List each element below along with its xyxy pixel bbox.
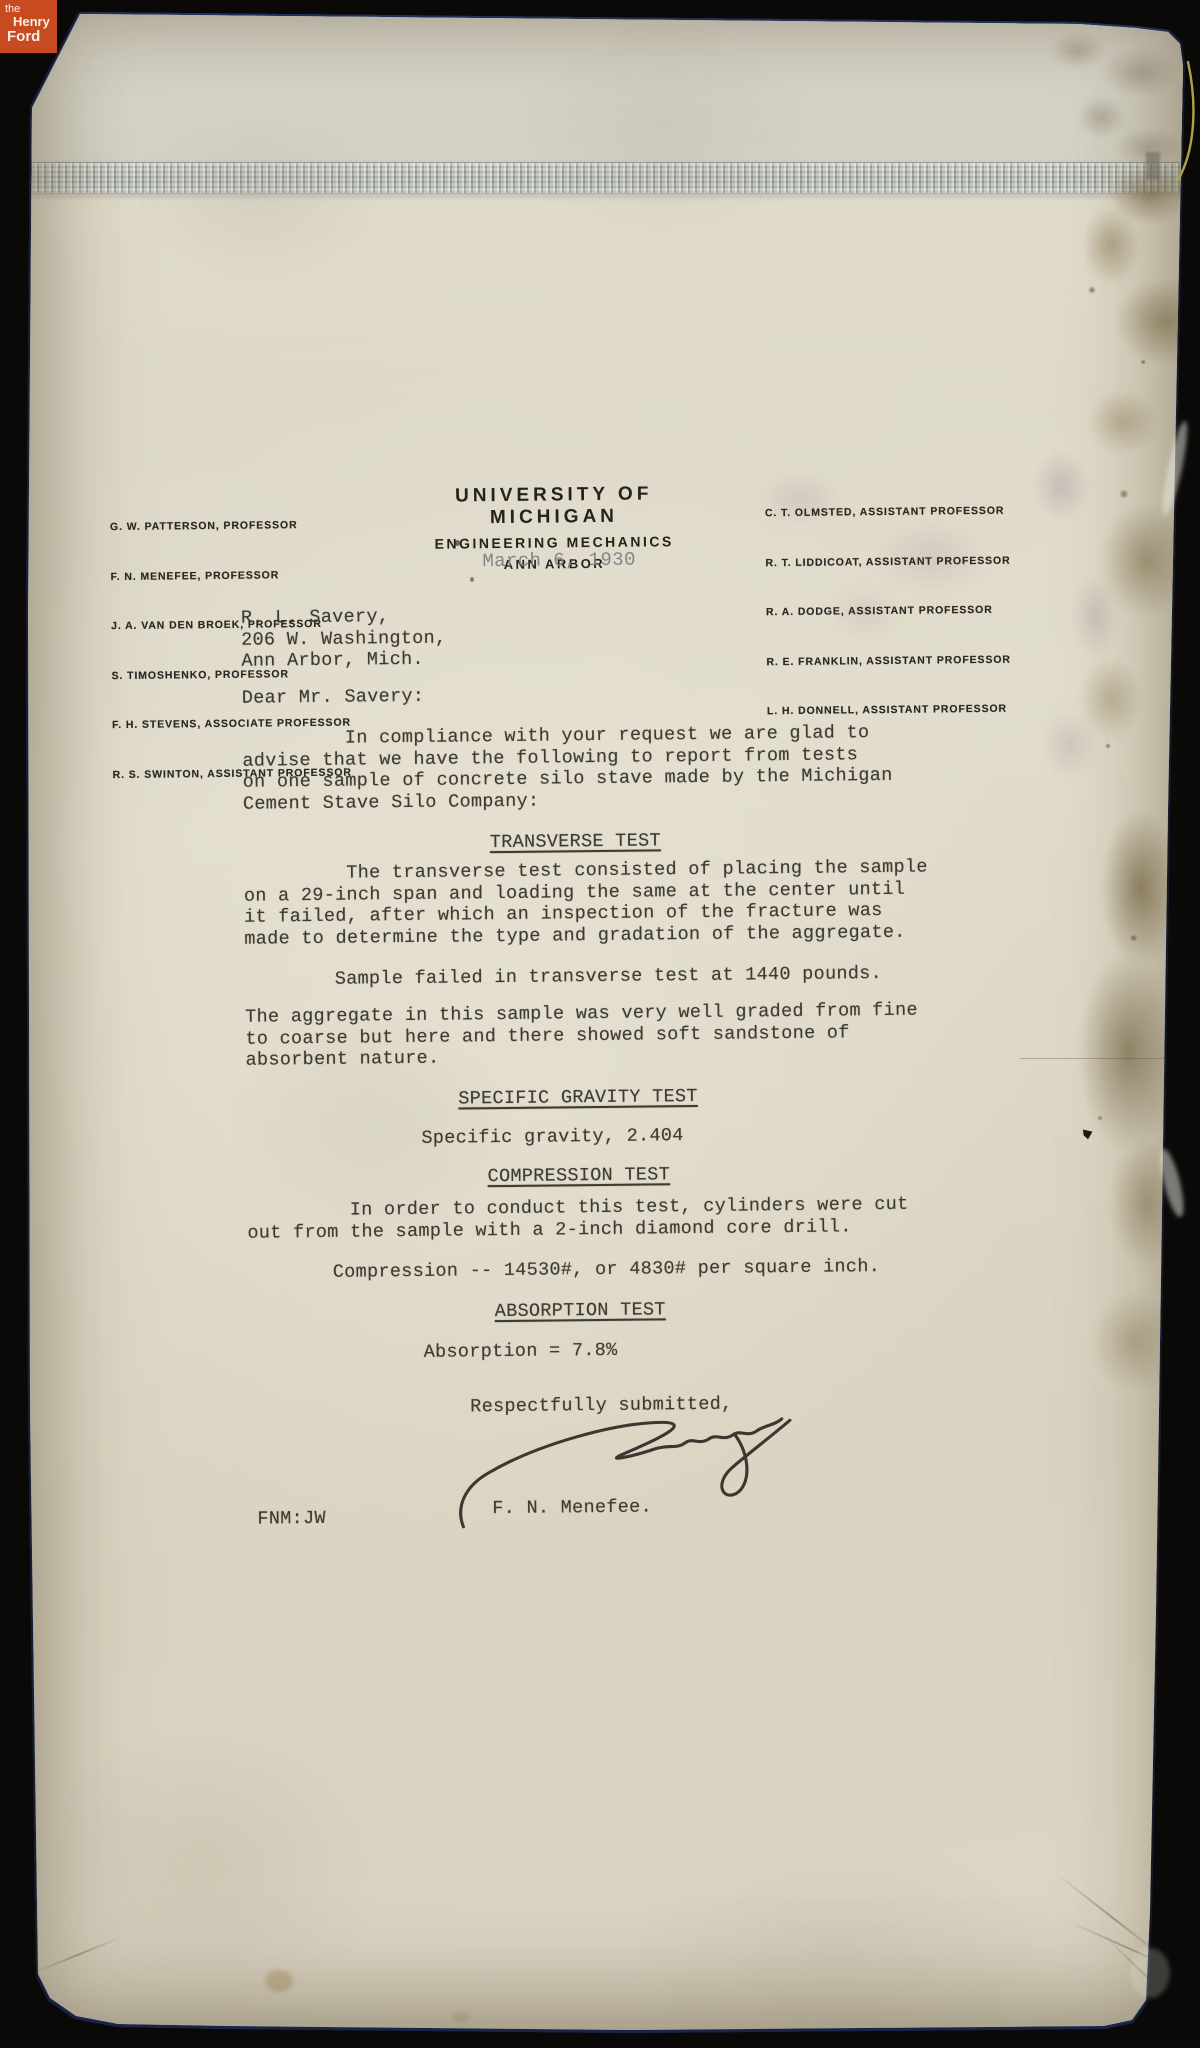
faculty-item: C. T. OLMSTED, ASSISTANT PROFESSOR (765, 503, 1010, 522)
badge-line-henry: Henry (13, 15, 50, 28)
transverse-paragraph: The transverse test consisted of placing… (244, 857, 929, 950)
heading-text: SPECIFIC GRAVITY TEST (458, 1086, 698, 1110)
archive-badge: the Henry Ford (0, 0, 57, 53)
section-heading-transverse: TRANSVERSE TEST (243, 828, 907, 856)
faculty-item: G. W. PATTERSON, PROFESSOR (110, 517, 349, 536)
absorption-result-line: Absorption = 7.8% (424, 1340, 618, 1364)
dust-fiber (1130, 1948, 1170, 1998)
faculty-item: R. T. LIDDICOAT, ASSISTANT PROFESSOR (765, 552, 1010, 571)
sample-result-line: Sample failed in transverse test at 1440… (335, 963, 882, 990)
specific-gravity-line: Specific gravity, 2.404 (421, 1125, 683, 1149)
heading-text: TRANSVERSE TEST (490, 830, 661, 853)
salutation: Dear Mr. Savery: (242, 686, 425, 709)
heading-text: COMPRESSION TEST (488, 1164, 671, 1187)
faculty-item: R. A. DODGE, ASSISTANT PROFESSOR (766, 602, 1011, 621)
badge-line-ford: Ford (7, 29, 40, 44)
typist-initials: FNM:JW (257, 1508, 326, 1530)
letter-content: G. W. PATTERSON, PROFESSOR F. N. MENEFEE… (0, 0, 1200, 2048)
date-line: March 6, 1930 (482, 549, 636, 573)
compression-paragraph: In order to conduct this test, cylinders… (247, 1194, 909, 1244)
aggregate-paragraph: The aggregate in this sample was very we… (245, 1000, 918, 1072)
recipient-address: R. L. Savery, 206 W. Washington, Ann Arb… (241, 606, 447, 673)
section-heading-specific-gravity: SPECIFIC GRAVITY TEST (246, 1084, 910, 1112)
section-heading-compression: COMPRESSION TEST (247, 1162, 911, 1190)
tape-end-shadow (1146, 152, 1160, 180)
university-name: UNIVERSITY OF MICHIGAN (391, 483, 717, 530)
typed-signature-name: F. N. Menefee. (492, 1496, 652, 1519)
thread-fiber (1160, 52, 1200, 187)
intro-paragraph: In compliance with your request we are g… (242, 722, 893, 815)
faculty-item: R. E. FRANKLIN, ASSISTANT PROFESSOR (766, 651, 1011, 670)
compression-result-line: Compression -- 14530#, or 4830# per squa… (333, 1256, 880, 1283)
scanned-letter-page: G. W. PATTERSON, PROFESSOR F. N. MENEFEE… (0, 0, 1200, 2048)
heading-text: ABSORPTION TEST (495, 1299, 666, 1322)
faculty-list-right: C. T. OLMSTED, ASSISTANT PROFESSOR R. T.… (764, 470, 1012, 753)
faculty-item: F. N. MENEFEE, PROFESSOR (110, 566, 349, 585)
faculty-item: L. H. DONNELL, ASSISTANT PROFESSOR (767, 701, 1012, 720)
section-heading-absorption: ABSORPTION TEST (248, 1297, 912, 1325)
